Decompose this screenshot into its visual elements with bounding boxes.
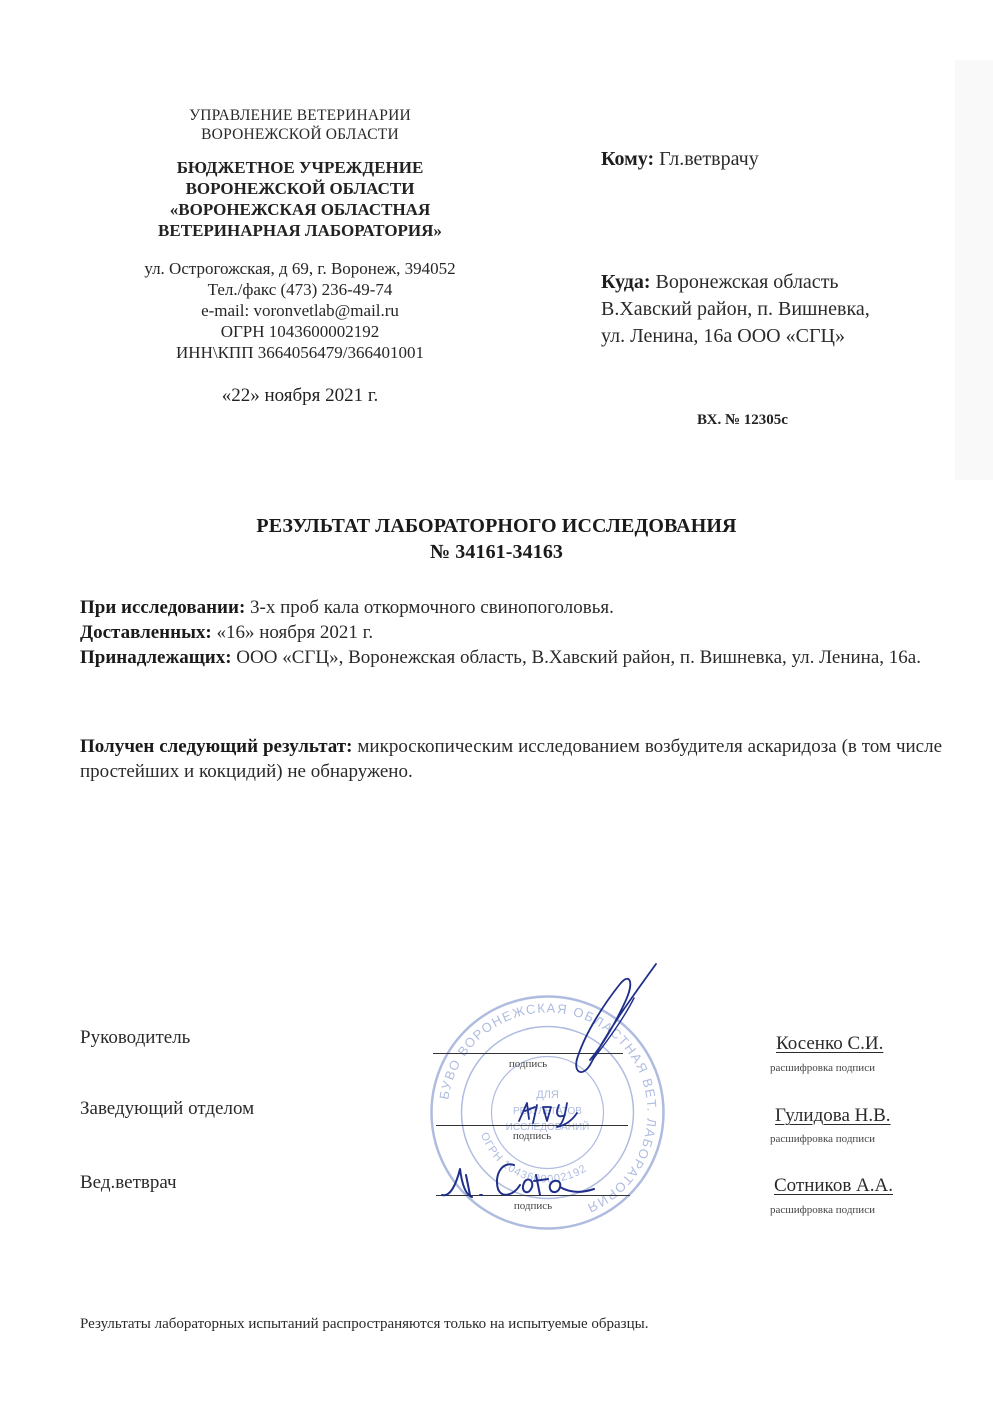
ogrn: ОГРН 1043600002192 [100,321,500,342]
address: ул. Острогожская, д 69, г. Воронеж, 3940… [100,258,500,279]
signer-role-dept: Заведующий отделом [80,1098,254,1120]
name-caption-dept: расшифровка подписи [770,1133,875,1145]
document-title: РЕЗУЛЬТАТ ЛАБОРАТОРНОГО ИССЛЕДОВАНИЯ № 3… [0,513,993,565]
document-date: «22» ноября 2021 г. [100,385,500,407]
authority-name: УПРАВЛЕНИЕ ВЕТЕРИНАРИИ ВОРОНЕЖСКОЙ ОБЛАС… [100,106,500,144]
footnote-disclaimer: Результаты лабораторных испытаний распро… [80,1316,648,1333]
signature-caption-dept: подпись [436,1130,628,1142]
name-caption-vet: расшифровка подписи [770,1204,875,1216]
to-value: Гл.ветврачу [659,148,759,170]
institution-name: БЮДЖЕТНОЕ УЧРЕЖДЕНИЕ ВОРОНЕЖСКОЙ ОБЛАСТИ… [100,157,500,241]
research-subject: При исследовании: 3-х проб кала откормоч… [80,595,942,620]
where-label: Куда: [601,271,651,293]
recipient-to: Кому: Гл.ветврачу [601,146,759,173]
handwritten-signature-dept [515,1097,595,1129]
signer-name-dept: Гулидова Н.В. [775,1105,891,1127]
phone-fax: Тел./факс (473) 236-49-74 [100,279,500,300]
signer-name-head: Косенко С.И. [776,1033,883,1055]
incoming-number: ВХ. № 12305с [697,412,788,429]
result-number: № 34161-34163 [0,539,993,565]
result-conclusion: Получен следующий результат: микроскопич… [80,734,942,784]
signer-name-vet: Сотников А.А. [774,1175,893,1197]
scan-edge-artifact [955,60,993,480]
signer-role-head: Руководитель [80,1027,190,1049]
handwritten-signature-head [520,960,670,1080]
research-details: При исследовании: 3-х проб кала откормоч… [80,595,942,670]
signer-role-vet: Вед.ветврач [80,1172,177,1194]
letterhead: УПРАВЛЕНИЕ ВЕТЕРИНАРИИ ВОРОНЕЖСКОЙ ОБЛАС… [100,106,500,407]
to-label: Кому: [601,148,654,170]
inn-kpp: ИНН\КПП 3664056479/366401001 [100,342,500,363]
recipient-where: Куда: Воронежская область В.Хавский райо… [601,269,870,350]
name-caption-head: расшифровка подписи [770,1062,875,1074]
institution-contacts: ул. Острогожская, д 69, г. Воронеж, 3940… [100,258,500,363]
email: e-mail: voronvetlab@mail.ru [100,300,500,321]
delivery-date: Доставленных: «16» ноября 2021 г. [80,620,942,645]
handwritten-signature-vet [436,1155,601,1203]
owner: Принадлежащих: ООО «СГЦ», Воронежская об… [80,645,942,670]
